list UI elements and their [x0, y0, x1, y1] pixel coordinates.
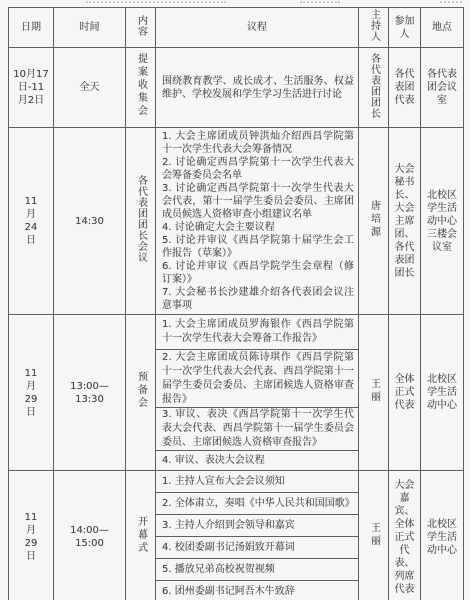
- scan-artifact: [300, 1, 340, 3]
- agenda-item: 4. 校团委副书记汤娟致开幕词: [156, 537, 358, 559]
- agenda-item: 6. 团州委副书记阿吾木牛致辞: [156, 581, 358, 600]
- scan-artifact: [86, 1, 226, 3]
- agenda-item: 2. 全体肃立，奏唱《中华人民共和国国歌》: [156, 493, 358, 515]
- agenda-item: 1. 大会主席团成员钟洪灿介绍西昌学院第十一次学生代表大会筹备情况: [162, 130, 354, 156]
- location-cell: 北校区学生活动中心: [421, 471, 464, 600]
- agenda-item: 3. 讨论确定西昌学院第十一次学生代表大会代表，第十一届学生委员会委员、主席团成…: [162, 182, 354, 221]
- date-cell: 11 月 29 日: [9, 471, 54, 600]
- col-header-content: 内容: [126, 8, 156, 48]
- agenda-item: 1. 主持人宣布大会会议须知: [156, 471, 358, 493]
- table-row: 11 月 29 日 14:00—15:00 开幕式 1. 主持人宣布大会会议须知…: [9, 471, 464, 600]
- agenda-cell: 1. 大会主席团成员钟洪灿介绍西昌学院第十一次学生代表大会筹备情况 2. 讨论确…: [156, 128, 359, 315]
- col-header-location: 地点: [421, 8, 464, 48]
- col-header-date: 日期: [9, 8, 54, 48]
- location-cell: 北校区学生活动中心: [421, 315, 464, 471]
- participants-cell: 大会秘书长、大会主席团、各代表团团长: [389, 128, 421, 315]
- content-cell: 各代表团团长会议: [126, 128, 156, 315]
- agenda-item: 1. 大会主席团成员罗海银作《西昌学院第十一次学生代表大会筹备工作报告》: [156, 315, 358, 350]
- host-cell: 各代表团团长: [359, 48, 389, 128]
- agenda-item: 5. 讨论并审议《西昌学院第十届学生会工作报告（草案）》: [162, 234, 354, 260]
- scanned-schedule-page: 日期 时间 内容 议程 主持人 参加人 地点 10月17 日-11 月2日 全天…: [0, 0, 470, 600]
- col-header-agenda: 议程: [156, 8, 359, 48]
- date-cell: 11 月 29 日: [9, 315, 54, 471]
- time-cell: 13:00—13:30: [54, 315, 126, 471]
- date-cell: 10月17 日-11 月2日: [9, 48, 54, 128]
- table-row: 10月17 日-11 月2日 全天 提案收集会 围绕教育教学、成长成才、生活服务…: [9, 48, 464, 128]
- content-cell: 提案收集会: [126, 48, 156, 128]
- participants-cell: 全体正式代表: [389, 315, 421, 471]
- host-cell: 王丽: [359, 315, 389, 471]
- col-header-participants: 参加人: [389, 8, 421, 48]
- time-cell: 14:30: [54, 128, 126, 315]
- col-header-host: 主持人: [359, 8, 389, 48]
- host-cell: 唐培源: [359, 128, 389, 315]
- scan-artifact: [440, 1, 462, 3]
- agenda-cell: 1. 主持人宣布大会会议须知 2. 全体肃立，奏唱《中华人民共和国国歌》 3. …: [156, 471, 359, 600]
- content-cell: 开幕式: [126, 471, 156, 600]
- agenda-item: 2. 讨论确定西昌学院第十一次学生代表大会筹备委员会名单: [162, 156, 354, 182]
- host-cell: 王丽: [359, 471, 389, 600]
- location-cell: 北校区学生活动中心三楼会议室: [421, 128, 464, 315]
- location-cell: 各代表团会议室: [421, 48, 464, 128]
- time-cell: 全天: [54, 48, 126, 128]
- agenda-item: 2. 大会主席团成员陈诗琪作《西昌学院第十一次学生代表大会代表、西昌学院第十一届…: [156, 350, 358, 408]
- header-row: 日期 时间 内容 议程 主持人 参加人 地点: [9, 8, 464, 48]
- participants-cell: 大会嘉宾、全体正式代表、列席代表: [389, 471, 421, 600]
- agenda-item: 5. 播放兄弟高校祝贺视频: [156, 559, 358, 581]
- agenda-item: 3. 审议、表决《西昌学院第十一次学生代表大会代表、西昌学院第十一届学生委员会委…: [156, 408, 358, 451]
- agenda-cell: 围绕教育教学、成长成才、生活服务、权益维护、学校发展和学生学习生活进行讨论: [156, 48, 359, 128]
- table-row: 11 月 24 日 14:30 各代表团团长会议 1. 大会主席团成员钟洪灿介绍…: [9, 128, 464, 315]
- agenda-item: 7. 大会秘书长沙建雄介绍各代表团会议注意事项: [162, 286, 354, 312]
- agenda-cell: 1. 大会主席团成员罗海银作《西昌学院第十一次学生代表大会筹备工作报告》 2. …: [156, 315, 359, 471]
- col-header-time: 时间: [54, 8, 126, 48]
- agenda-item: 围绕教育教学、成长成才、生活服务、权益维护、学校发展和学生学习生活进行讨论: [162, 75, 354, 101]
- participants-cell: 各代表团代表: [389, 48, 421, 128]
- agenda-item: 4. 讨论确定大会主要议程: [162, 221, 354, 234]
- time-cell: 14:00—15:00: [54, 471, 126, 600]
- content-cell: 预备会: [126, 315, 156, 471]
- schedule-table: 日期 时间 内容 议程 主持人 参加人 地点 10月17 日-11 月2日 全天…: [8, 7, 464, 600]
- agenda-item: 3. 主持人介绍到会领导和嘉宾: [156, 515, 358, 537]
- agenda-item: 4. 审议、表决大会议程: [156, 451, 358, 470]
- table-row: 11 月 29 日 13:00—13:30 预备会 1. 大会主席团成员罗海银作…: [9, 315, 464, 471]
- agenda-item: 6. 讨论并审议《西昌学院学生会章程（修订案）》: [162, 260, 354, 286]
- date-cell: 11 月 24 日: [9, 128, 54, 315]
